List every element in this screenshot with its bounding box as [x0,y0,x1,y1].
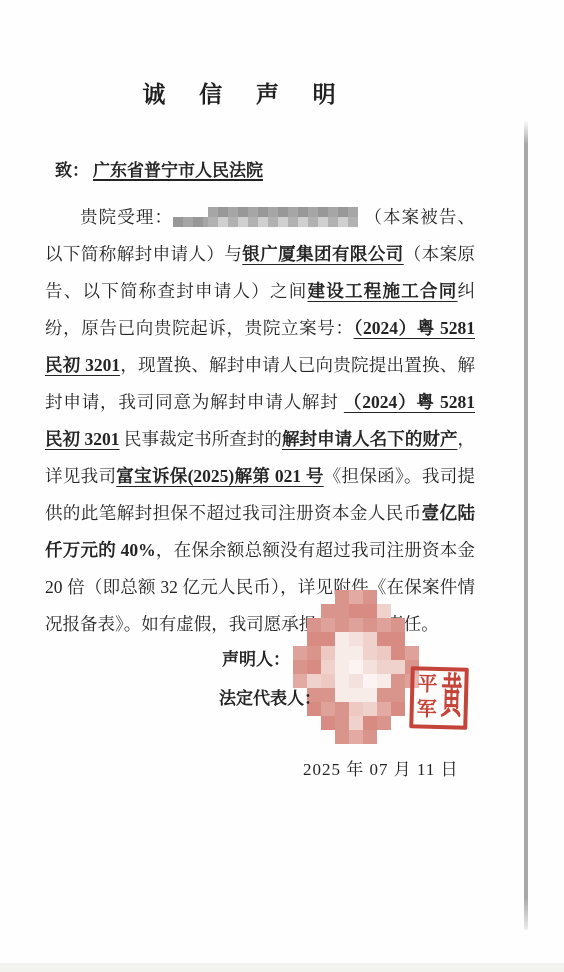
name-seal-char-huang: 黄 [440,674,462,722]
body-text-segment: 贵院受理： [80,207,173,227]
body-paragraph: 贵院受理：（本案被告、以下简称解封申请人）与银广厦集团有限公司（本案原告、以下简… [45,199,475,643]
salutation-court-name: 广东省普宁市人民法院 [93,161,263,180]
declarant-label: 声明人： [222,645,290,670]
salutation-prefix: 致： [55,161,89,180]
name-seal-char-jun: 军 [416,699,437,720]
photo-bottom-edge [0,963,564,972]
body-text-segment: 银广厦集团有限公司 [242,244,403,264]
body-text-segment: 解封申请人名下的财产 [282,429,458,449]
body-text-segment: 富宝诉保(2025)解第 021 号 [116,466,323,486]
legal-representative-label: 法定代表人： [219,684,321,709]
salutation-line: 致：广东省普宁市人民法院 [55,156,263,181]
page-edge-shadow [524,120,528,930]
company-seal-stamp-pixelated [293,590,419,744]
document-date: 2025 年 07 月 11 日 [303,755,459,780]
declaration-document: 诚 信 声 明 致：广东省普宁市人民法院 贵院受理：（本案被告、以下简称解封申请… [0,0,564,972]
redacted-name-mosaic [173,207,363,227]
body-text-segment: 民事裁定书所查封的 [120,429,282,449]
body-text-segment: 建设工程施工合同 [308,281,458,301]
name-seal-char-ping: 平 [417,674,438,695]
legal-representative-name-seal: 平 军 黄 [409,666,469,729]
document-title: 诚 信 声 明 [0,76,492,109]
